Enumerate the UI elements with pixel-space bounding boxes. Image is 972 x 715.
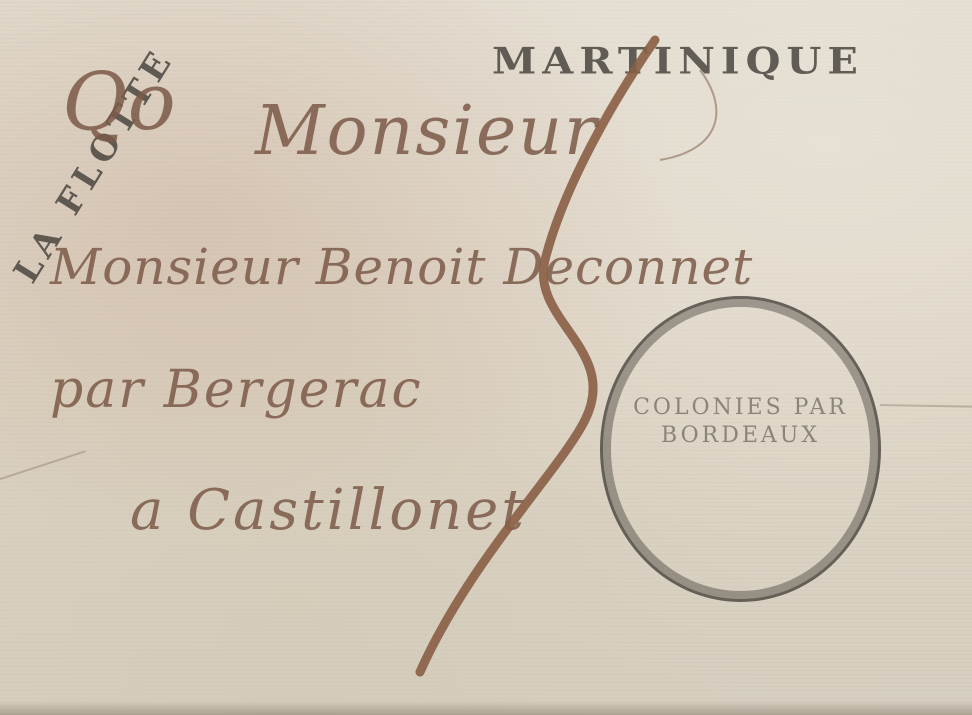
rate-mark-5 (0, 0, 972, 715)
letter-cover: MARTINIQUE LA FLOTTE Qo Monsieur Monsieu… (0, 0, 972, 715)
paper-bottom-edge (0, 701, 972, 715)
